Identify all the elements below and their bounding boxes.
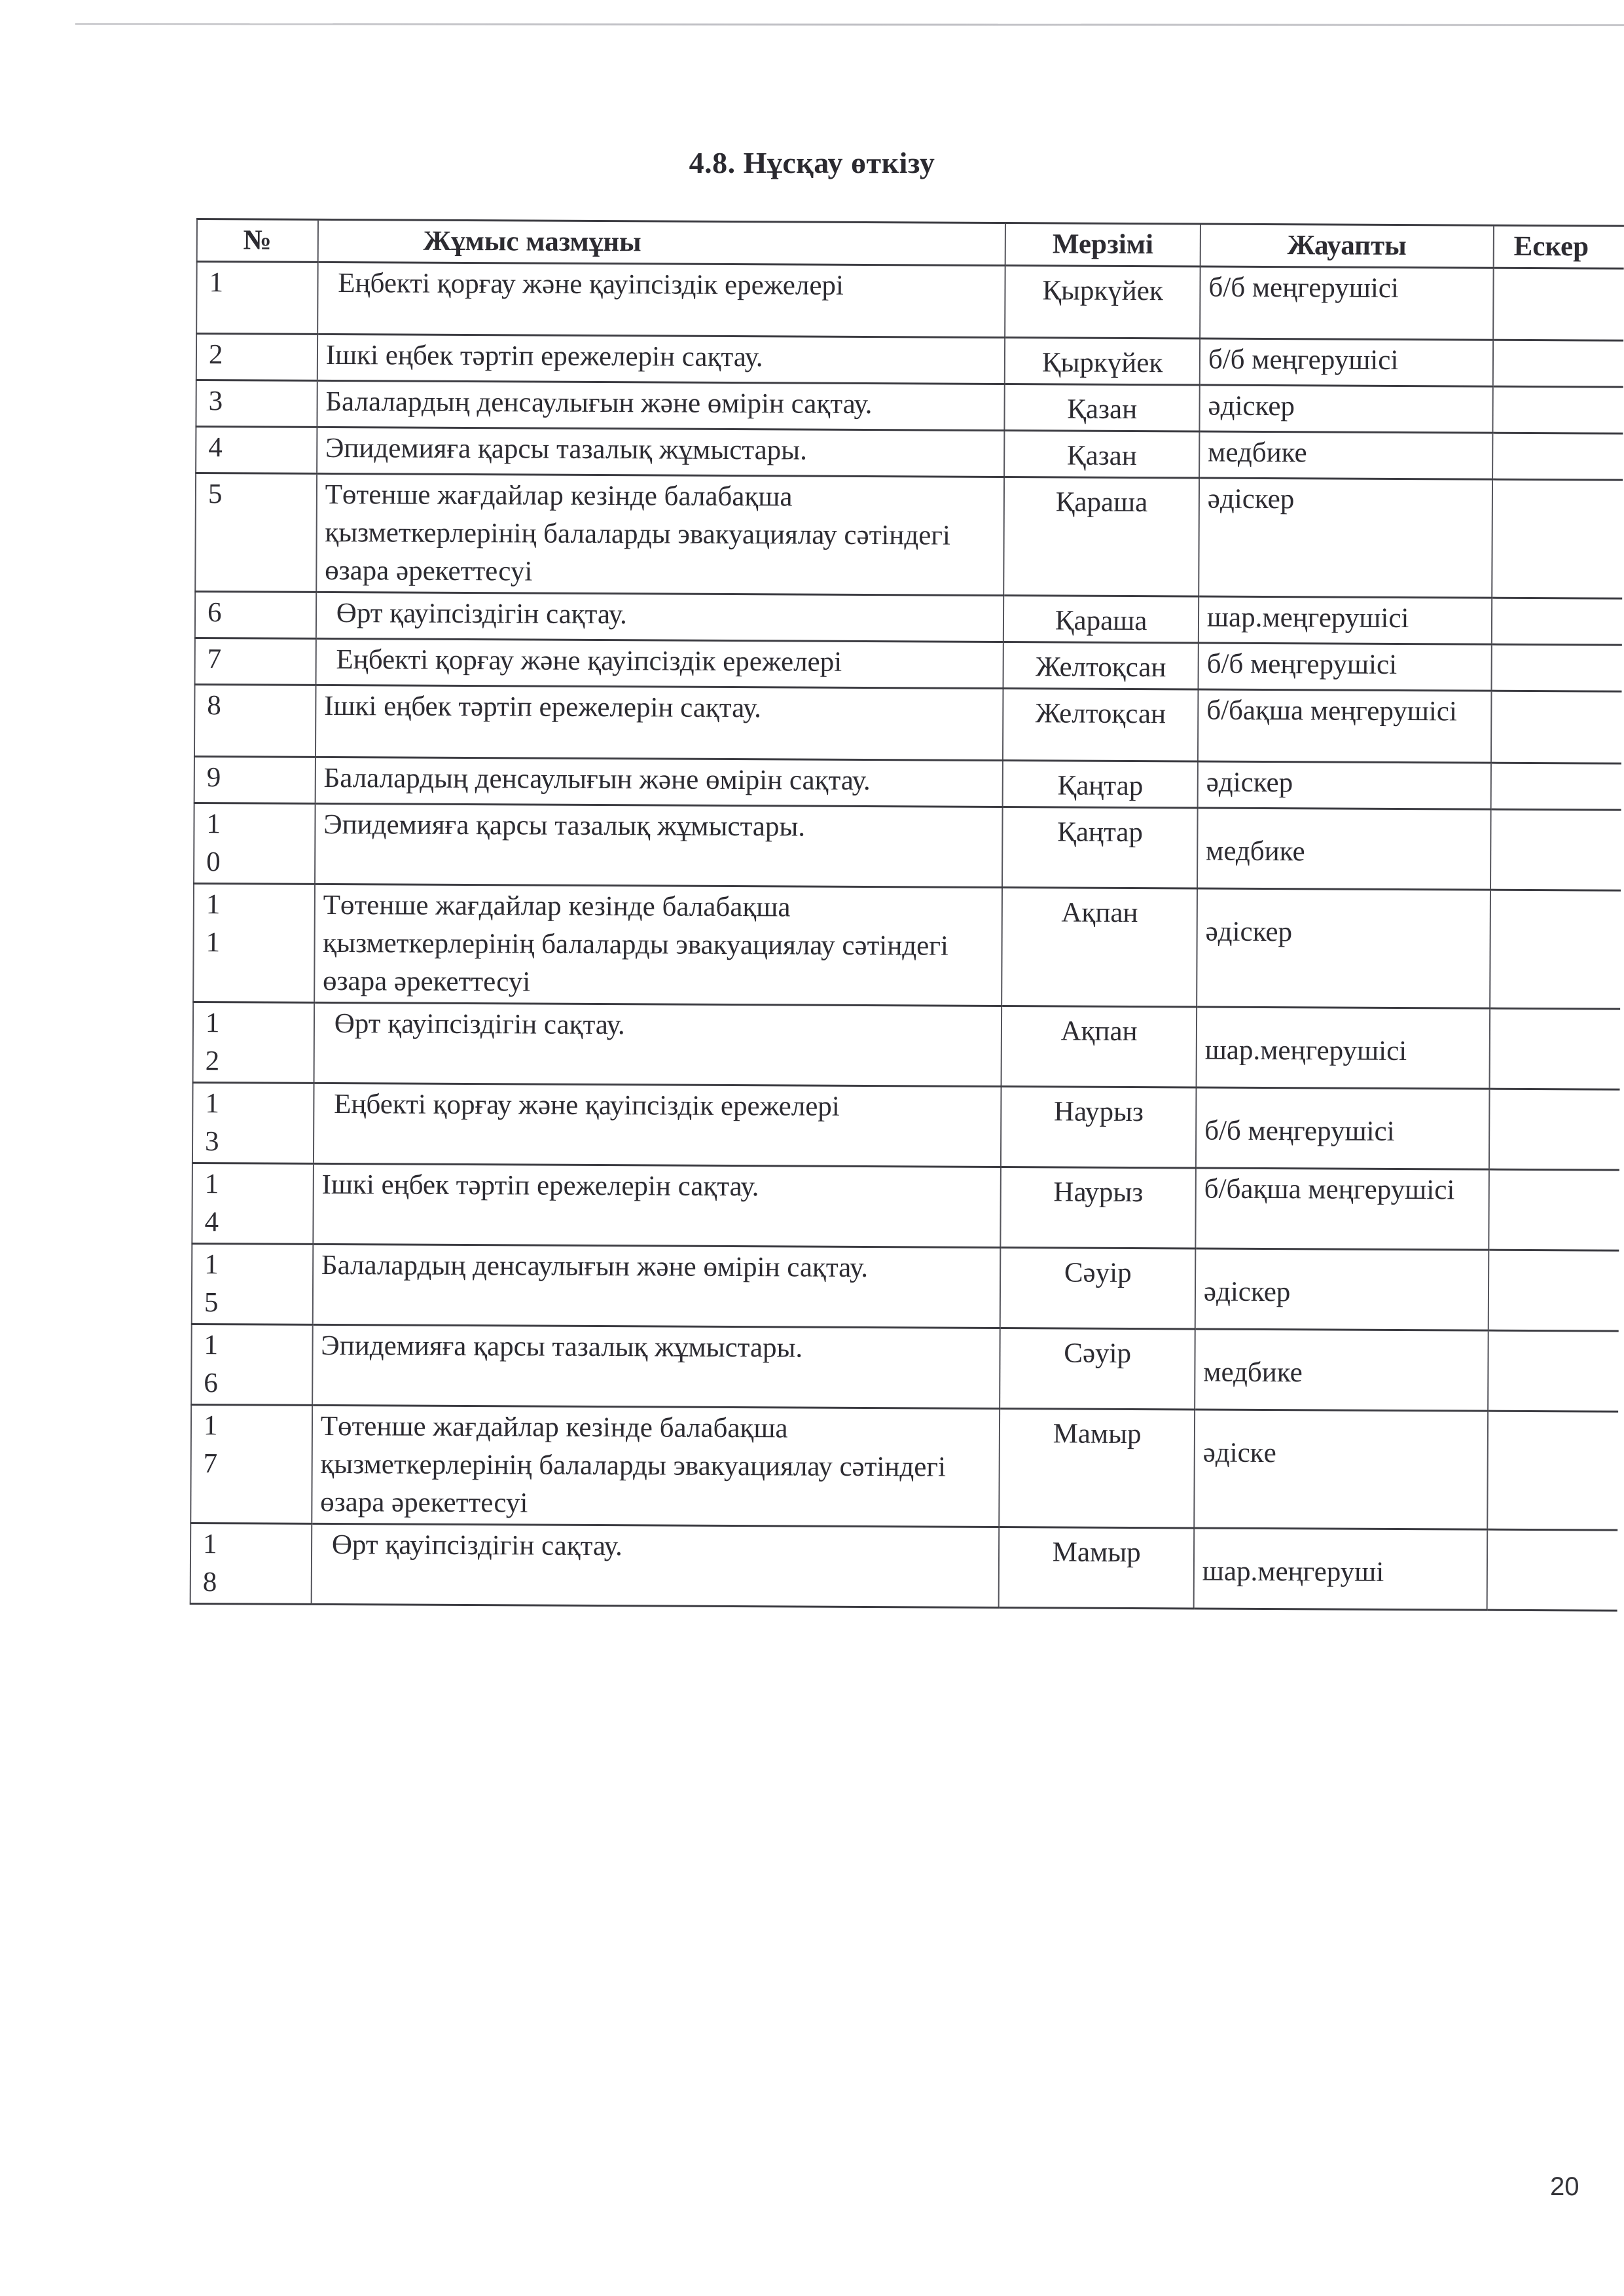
header-task: Жұмыс мазмұны: [317, 219, 1005, 265]
row-number-text: 13: [205, 1085, 224, 1161]
row-responsible: б/бақша меңгерушісі: [1195, 1168, 1489, 1250]
row-number: 9: [194, 756, 316, 803]
row-term: Желтоқсан: [1003, 689, 1198, 761]
row-note: [1490, 809, 1621, 890]
row-responsible: медбике: [1199, 431, 1492, 479]
row-task: Өрт қауіпсіздігін сақтау.: [316, 592, 1004, 642]
row-term: Мамыр: [1000, 1409, 1195, 1528]
row-number: 7: [195, 638, 316, 685]
table-row: 13Еңбекті қорғау және қауіпсіздік ережел…: [192, 1082, 1620, 1170]
row-task: Эпидемияға қарсы тазалық жұмыстары.: [315, 803, 1003, 887]
row-note: [1489, 1008, 1620, 1089]
row-responsible: медбике: [1197, 808, 1490, 890]
row-task: Төтенше жағдайлар кезінде балабақша қызм…: [312, 1405, 1000, 1527]
page-title: 4.8. Нұсқау өткізу: [0, 145, 1624, 180]
row-note: [1490, 763, 1621, 810]
row-number-text: 16: [204, 1326, 223, 1402]
row-task: Еңбекті қорғау және қауіпсіздік ережелер…: [316, 638, 1003, 688]
row-number-text: 12: [206, 1004, 225, 1080]
table-row: 7Еңбекті қорғау және қауіпсіздік ережеле…: [195, 638, 1622, 691]
table-header-row: № Жұмыс мазмұны Мерзімі Жауапты Ескер: [197, 219, 1624, 269]
row-number: 13: [192, 1082, 314, 1163]
row-task: Өрт қауіпсіздігін сақтау.: [311, 1523, 999, 1607]
row-task: Төтенше жағдайлар кезінде балабақша қызм…: [314, 884, 1002, 1006]
row-responsible: шар.меңгерушісі: [1196, 1007, 1489, 1089]
table-row: 17Төтенше жағдайлар кезінде балабақша қы…: [190, 1404, 1618, 1530]
row-term: Наурыз: [1001, 1167, 1196, 1248]
row-responsible: шар.меңгерушісі: [1199, 596, 1492, 644]
row-number: 16: [191, 1324, 312, 1405]
row-number-text: 4: [208, 429, 226, 467]
row-responsible: б/б меңгерушісі: [1200, 266, 1493, 340]
row-task: Еңбекті қорғау және қауіпсіздік ережелер…: [314, 1083, 1001, 1167]
table-row: 1Еңбекті қорғау және қауіпсіздік ережеле…: [196, 262, 1624, 341]
row-number: 10: [194, 803, 315, 884]
table-row: 2Ішкі еңбек тәртіп ережелерін сақтау.Қыр…: [196, 334, 1623, 388]
row-term: Ақпан: [1001, 888, 1197, 1007]
row-number: 18: [190, 1523, 312, 1604]
row-number: 12: [193, 1002, 314, 1083]
row-number: 4: [196, 427, 317, 474]
row-term: Мамыр: [999, 1527, 1194, 1609]
row-task: Балалардың денсаулығын және өмірін сақта…: [313, 1244, 1001, 1328]
row-task: Еңбекті қорғау және қауіпсіздік ережелер…: [317, 262, 1005, 337]
table-row: 8Ішкі еңбек тәртіп ережелерін сақтау.Жел…: [194, 684, 1622, 763]
row-term: Қаңтар: [1003, 761, 1198, 808]
row-responsible: әдіскe: [1194, 1410, 1488, 1529]
scan-edge-line: [75, 23, 1624, 26]
row-number-text: 3: [208, 382, 226, 420]
row-number-text: 8: [207, 687, 225, 725]
table-row: 6Өрт қауіпсіздігін сақтау.Қарашашар.меңг…: [195, 591, 1622, 645]
row-term: Наурыз: [1001, 1087, 1196, 1168]
row-note: [1489, 1089, 1620, 1170]
table-row: 16Эпидемияға қарсы тазалық жұмыстары.Сәу…: [191, 1324, 1619, 1412]
header-term: Мерзімі: [1005, 223, 1200, 266]
row-term: Сәуір: [1000, 1248, 1195, 1329]
table-row: 5Төтенше жағдайлар кезінде балабақша қыз…: [195, 473, 1623, 599]
row-responsible: б/б меңгерушісі: [1200, 338, 1493, 386]
header-responsible: Жауапты: [1200, 224, 1494, 268]
row-note: [1492, 386, 1623, 433]
row-responsible: б/бақша меңгерушісі: [1198, 689, 1491, 763]
row-number-text: 17: [204, 1407, 223, 1483]
row-term: Қараша: [1003, 596, 1199, 643]
row-responsible: б/б меңгерушісі: [1196, 1087, 1489, 1169]
table-row: 4Эпидемияға қарсы тазалық жұмыстары.Қаза…: [196, 427, 1623, 481]
table-row: 3Балалардың денсаулығын және өмірін сақт…: [196, 380, 1623, 434]
row-note: [1492, 598, 1623, 645]
row-number: 2: [196, 334, 317, 381]
row-number-text: 1: [209, 264, 227, 302]
row-term: Қазан: [1004, 431, 1199, 478]
row-note: [1489, 1169, 1619, 1250]
row-task: Төтенше жағдайлар кезінде балабақша қызм…: [316, 473, 1004, 595]
row-term: Қараша: [1004, 477, 1199, 596]
row-note: [1492, 479, 1623, 598]
row-note: [1488, 1250, 1619, 1331]
table-row: 15Балалардың денсаулығын және өмірін сақ…: [192, 1243, 1619, 1331]
row-number-text: 10: [206, 805, 225, 881]
table-row: 10Эпидемияға қарсы тазалық жұмыстары.Қаң…: [194, 803, 1621, 890]
table-row: 12Өрт қауіпсіздігін сақтау.Ақпаншар.меңг…: [193, 1002, 1621, 1089]
row-note: [1487, 1529, 1617, 1611]
row-note: [1493, 268, 1624, 340]
row-number: 1: [196, 262, 317, 335]
row-term: Сәуір: [1000, 1328, 1195, 1410]
row-responsible: әдіскер: [1195, 1248, 1489, 1330]
row-responsible: б/б меңгерушісі: [1198, 643, 1491, 691]
table-body: 1Еңбекті қорғау және қауіпсіздік ережеле…: [190, 262, 1624, 1611]
row-note: [1488, 1330, 1619, 1412]
header-note: Ескер: [1493, 225, 1624, 268]
header-number: №: [197, 219, 318, 263]
row-term: Ақпан: [1001, 1006, 1197, 1087]
row-number-text: 2: [209, 336, 227, 374]
row-number-text: 9: [207, 759, 225, 797]
row-note: [1493, 340, 1624, 387]
row-number-text: 11: [206, 886, 225, 962]
row-note: [1490, 890, 1621, 1009]
page-number: 20: [1550, 2172, 1579, 2202]
row-note: [1492, 433, 1623, 480]
table-row: 14Ішкі еңбек тәртіп ережелерін сақтау.На…: [192, 1163, 1619, 1250]
row-number-text: 5: [208, 475, 226, 513]
row-term: Қаңтар: [1002, 807, 1197, 888]
row-number: 6: [195, 591, 316, 638]
row-task: Ішкі еңбек тәртіп ережелерін сақтау.: [316, 685, 1003, 760]
row-number: 15: [192, 1243, 313, 1324]
table-row: 18Өрт қауіпсіздігін сақтау.Мамыршар.меңг…: [190, 1523, 1618, 1611]
row-task: Балалардың денсаулығын және өмірін сақта…: [315, 757, 1003, 807]
row-number: 11: [193, 883, 315, 1002]
row-number-text: 18: [203, 1525, 222, 1601]
row-task: Эпидемияға қарсы тазалық жұмыстары.: [317, 427, 1005, 477]
row-number-text: 7: [208, 640, 226, 678]
row-number-text: 15: [204, 1246, 223, 1322]
row-number-text: 14: [204, 1165, 223, 1241]
row-note: [1491, 691, 1622, 763]
row-number-text: 6: [208, 594, 226, 632]
row-responsible: медбике: [1195, 1329, 1488, 1411]
row-task: Өрт қауіпсіздігін сақтау.: [314, 1002, 1001, 1086]
instruction-schedule-table: № Жұмыс мазмұны Мерзімі Жауапты Ескер 1Е…: [190, 218, 1624, 1612]
row-number: 17: [190, 1404, 312, 1523]
row-responsible: шар.меңгеруші: [1194, 1528, 1487, 1610]
row-term: Қыркүйек: [1005, 338, 1200, 385]
row-number: 14: [192, 1163, 313, 1244]
row-term: Желтоқсан: [1003, 642, 1199, 689]
row-note: [1491, 644, 1622, 691]
row-task: Ішкі еңбек тәртіп ережелерін сақтау.: [313, 1163, 1001, 1247]
row-task: Балалардың денсаулығын және өмірін сақта…: [317, 380, 1005, 430]
row-term: Қыркүйек: [1005, 266, 1200, 338]
row-number: 3: [196, 380, 317, 428]
table-row: 11Төтенше жағдайлар кезінде балабақша қы…: [193, 883, 1621, 1009]
row-responsible: әдіскер: [1197, 888, 1490, 1008]
row-number: 8: [194, 684, 316, 757]
table-row: 9Балалардың денсаулығын және өмірін сақт…: [194, 756, 1621, 810]
row-term: Қазан: [1005, 384, 1200, 431]
row-number: 5: [195, 473, 317, 592]
row-task: Ішкі еңбек тәртіп ережелерін сақтау.: [317, 334, 1005, 384]
row-responsible: әдіскер: [1199, 478, 1492, 598]
row-note: [1487, 1411, 1618, 1530]
row-responsible: әдіскер: [1199, 385, 1492, 433]
row-task: Эпидемияға қарсы тазалық жұмыстары.: [312, 1324, 1000, 1408]
row-responsible: әдіскер: [1198, 761, 1491, 809]
